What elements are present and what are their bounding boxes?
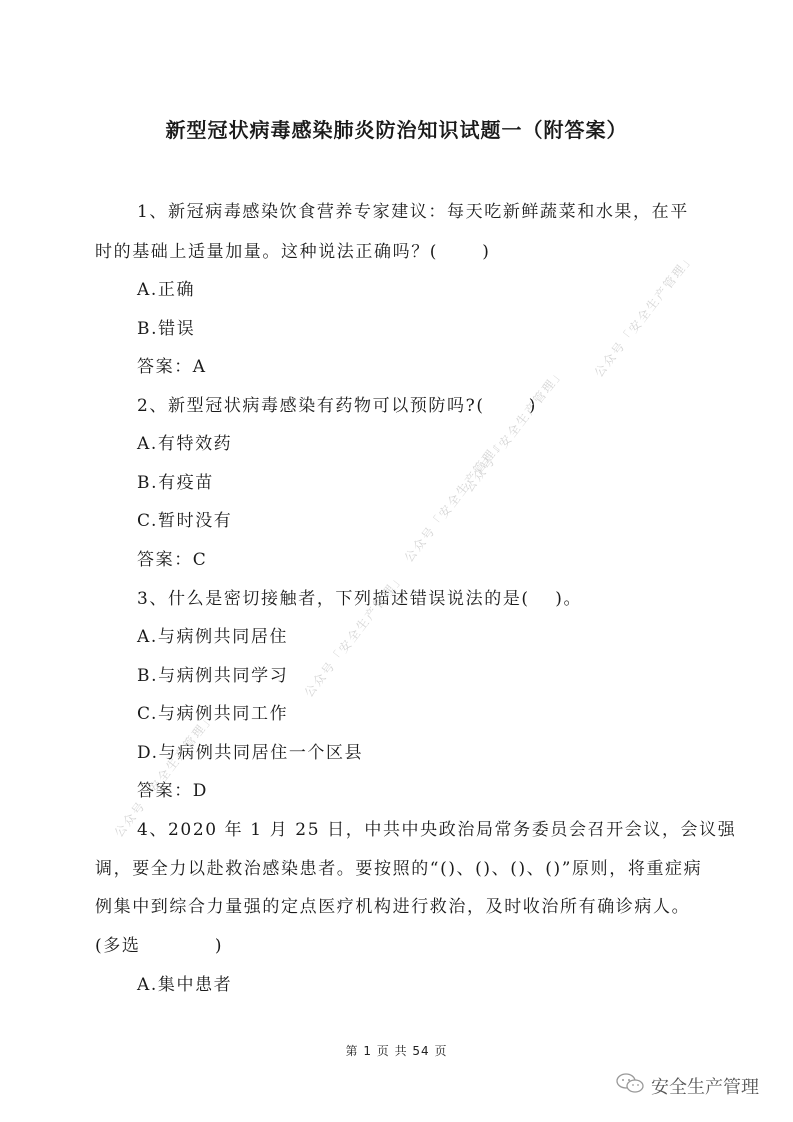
watermark: 公众号「安全生产管理」 [400,434,508,566]
question-2-option-b: B.有疫苗 [137,468,214,493]
question-2-line-1: 2、新型冠状病毒感染有药物可以预防吗?( ) [137,391,537,416]
wechat-icon [615,1072,645,1099]
question-4-option-a: A.集中患者 [137,970,232,995]
question-4-line-2: 调，要全力以赴救治感染患者。要按照的“()、()、()、()”原则，将重症病 [95,854,702,879]
brand-name: 安全生产管理 [651,1073,759,1099]
question-2-option-a: A.有特效药 [137,429,232,454]
question-3-line-1: 3、什么是密切接触者，下列描述错误说法的是( )。 [137,584,582,609]
question-3-option-b: B.与病例共同学习 [137,661,288,686]
page-number: 第 1 页 共 54 页 [0,1042,793,1059]
question-4-line-4: (多选 ) [95,931,223,956]
watermark: 公众号「安全生产管理」 [590,249,698,381]
document-title: 新型冠状病毒感染肺炎防治知识试题一（附答案） [0,114,793,143]
question-3-option-a: A.与病例共同居住 [137,622,288,647]
question-1-answer: 答案：A [137,352,207,377]
question-4-line-3: 例集中到综合力量强的定点医疗机构进行救治，及时收治所有确诊病人。 [95,892,690,917]
brand-badge: 安全生产管理 [615,1072,759,1099]
question-2-answer: 答案：C [137,545,207,570]
question-1-option-a: A.正确 [137,275,195,300]
question-1-option-b: B.错误 [137,314,195,339]
question-2-option-c: C.暂时没有 [137,506,232,531]
question-4-line-1: 4、2020 年 1 月 25 日，中共中央政治局常务委员会召开会议，会议强 [137,815,736,840]
question-1-line-2: 时的基础上适量加量。这种说法正确吗？( ) [95,237,490,262]
question-1-line-1: 1、新冠病毒感染饮食营养专家建议：每天吃新鲜蔬菜和水果，在平 [137,197,689,222]
